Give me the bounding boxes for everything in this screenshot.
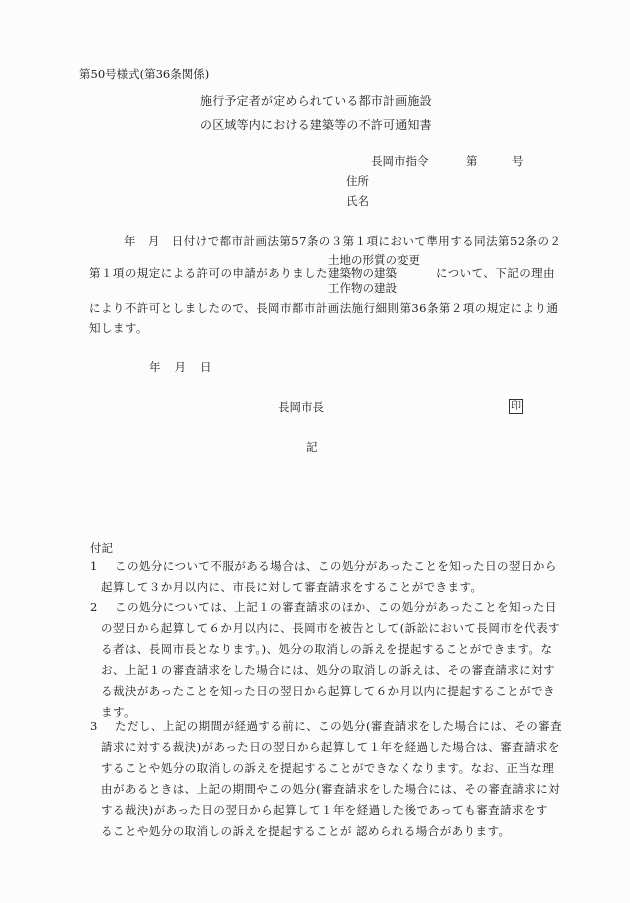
- note-line: る裁決があったことを知った日の翌日から起算して６か月以内に提起することができ: [101, 681, 550, 702]
- body-line-1: 年 月 日付けで都市計画法第57条の３第１項において準用する同法第52条の２: [124, 236, 561, 248]
- note-line: る者は、長岡市長となります。)、処分の取消しの訴えを提起することができます。な: [101, 639, 550, 660]
- date-month: 月: [175, 360, 187, 374]
- ki-heading: 記: [306, 442, 318, 454]
- body-line-3: により不許可としましたので、長岡市都市計画法施行細則第36条第２項の規定により通: [89, 303, 558, 315]
- issue-date: 年月日: [149, 362, 226, 374]
- reference-issuer: 長岡市指令: [371, 156, 429, 168]
- name-label: 氏名: [346, 196, 369, 208]
- form-number: 第50号様式(第36条関係): [79, 69, 209, 81]
- date-year: 年: [149, 360, 161, 374]
- body-line-2-right: について、下記の理由: [436, 268, 555, 280]
- note-line: 請求に対する裁決)があった日の翌日から起算して１年を経過した場合は、審査請求を: [101, 737, 550, 758]
- date-day: 日: [200, 360, 212, 374]
- note-line: お、上記１の審査請求をした場合には、処分の取消しの訴えは、その審査請求に対す: [101, 660, 550, 681]
- note-line: この処分について不服がある場合は、この処分があったことを知った日の翌日から: [101, 556, 550, 577]
- note-line: ることや処分の取消しの訴えを提起することが 認められる場合があります。: [101, 821, 550, 842]
- document-title-line-1: 施行予定者が定められている都市計画施設: [200, 95, 432, 107]
- document-title-line-2: の区域等内における建築等の不許可通知書: [200, 119, 432, 131]
- reference-go: 号: [512, 156, 524, 168]
- appendix-heading: 付記: [90, 543, 113, 555]
- body-line-4: 知します。: [89, 323, 148, 335]
- note-number: 2: [90, 597, 98, 618]
- signatory-title: 長岡市長: [278, 402, 324, 414]
- note-line: この処分については、上記１の審査請求のほか、この処分があったことを知った日: [101, 597, 550, 618]
- option-land-change: 土地の形質の変更: [328, 255, 420, 267]
- seal-stamp-icon: 印: [509, 399, 523, 414]
- appendix-note-2: 2 この処分については、上記１の審査請求のほか、この処分があったことを知った日 …: [90, 597, 550, 723]
- note-line: 起算して３か月以内に、市長に対して審査請求をすることができます。: [101, 577, 550, 598]
- option-building-construction: 建築物の建築: [328, 268, 397, 280]
- note-number: 1: [90, 556, 98, 577]
- reference-dai: 第: [466, 156, 478, 168]
- note-line: 由があるときは、上記の期間やこの処分(審査請求をした場合には、その審査請求に対: [101, 779, 550, 800]
- note-line: する裁決)があった日の翌日から起算して１年を経過した後であっても審査請求をす: [101, 800, 550, 821]
- option-structure-construction: 工作物の建設: [328, 283, 397, 295]
- body-line-2-left: 第１項の規定による許可の申請がありました: [89, 268, 328, 280]
- note-line: することや処分の取消しの訴えを提起することができなくなります。なお、正当な理: [101, 758, 550, 779]
- address-label: 住所: [346, 176, 369, 188]
- appendix-note-3: 3 ただし、上記の期間が経過する前に、この処分(審査請求をした場合には、その審査…: [90, 716, 550, 842]
- note-number: 3: [90, 716, 98, 737]
- note-line: ただし、上記の期間が経過する前に、この処分(審査請求をした場合には、その審査: [101, 716, 550, 737]
- appendix-note-1: 1 この処分について不服がある場合は、この処分があったことを知った日の翌日から …: [90, 556, 550, 598]
- note-line: の翌日から起算して６か月以内に、長岡市を被告として(訴訟において長岡市を代表す: [101, 618, 550, 639]
